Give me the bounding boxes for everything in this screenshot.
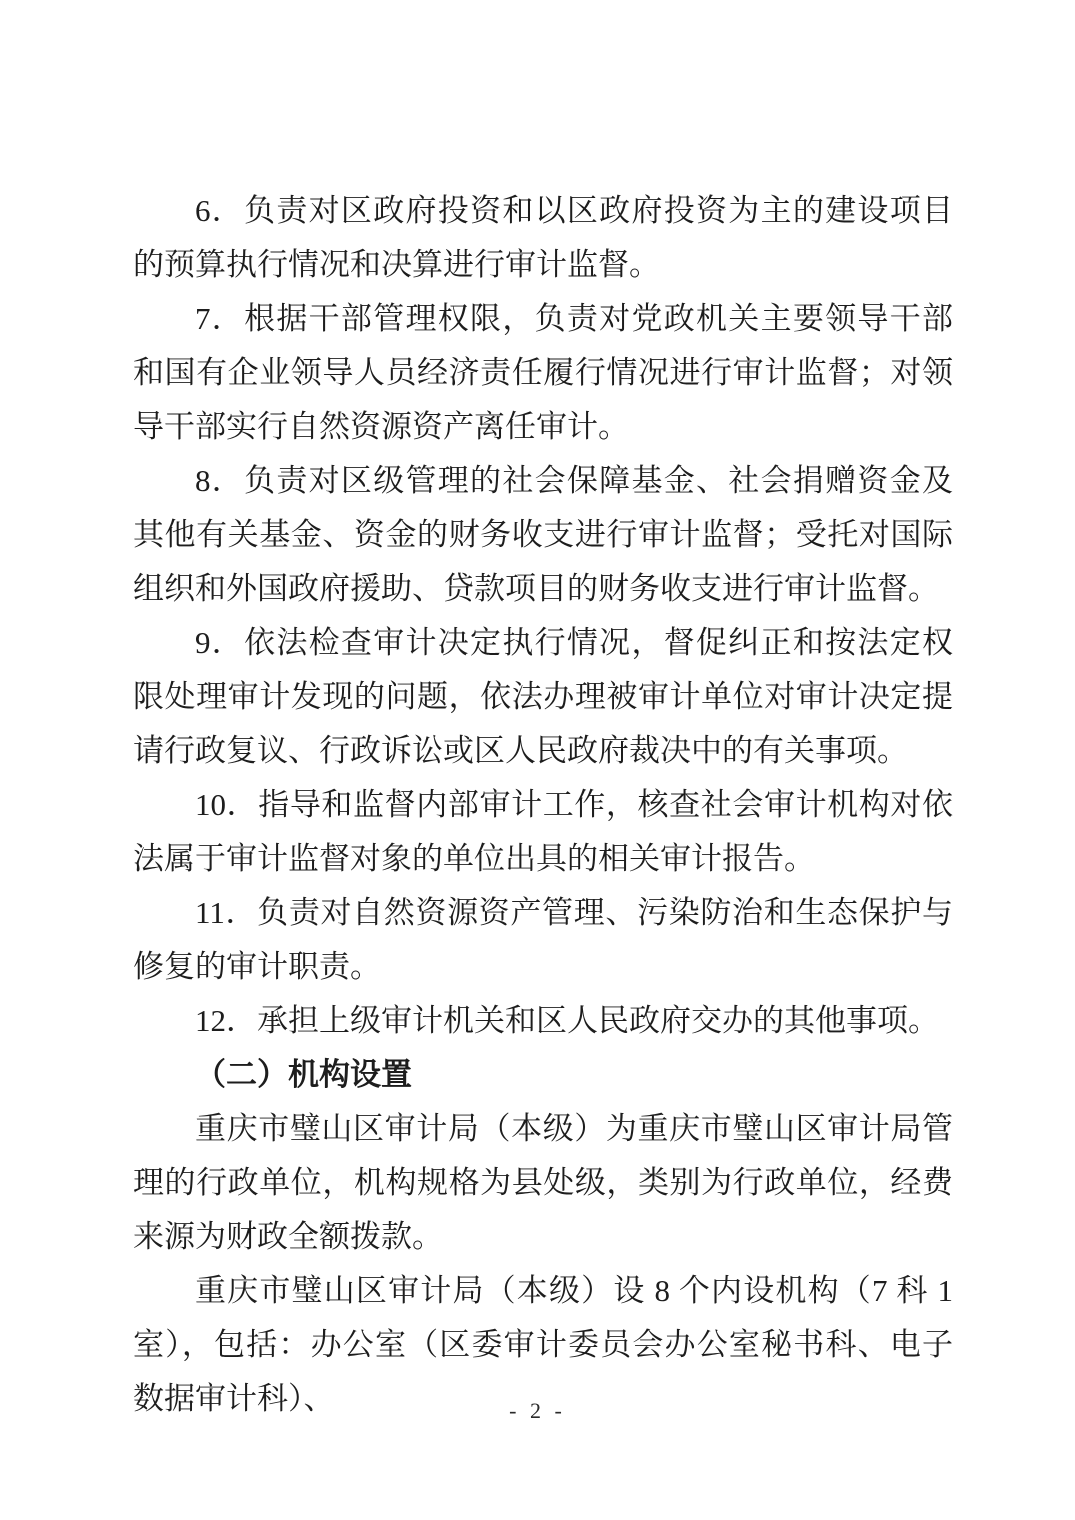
section-heading-org-setup: （二）机构设置 [133,1048,953,1102]
duty-item-6: 6．负责对区政府投资和以区政府投资为主的建设项目的预算执行情况和决算进行审计监督… [133,184,953,292]
duty-item-9: 9．依法检查审计决定执行情况，督促纠正和按法定权限处理审计发现的问题，依法办理被… [133,616,953,778]
duty-item-12: 12．承担上级审计机关和区人民政府交办的其他事项。 [133,994,953,1048]
org-nature-paragraph: 重庆市璧山区审计局（本级）为重庆市璧山区审计局管理的行政单位，机构规格为县处级，… [133,1102,953,1264]
duty-item-10: 10．指导和监督内部审计工作，核查社会审计机构对依法属于审计监督对象的单位出具的… [133,778,953,886]
duty-item-11: 11．负责对自然资源资产管理、污染防治和生态保护与修复的审计职责。 [133,886,953,994]
duty-item-7: 7．根据干部管理权限，负责对党政机关主要领导干部和国有企业领导人员经济责任履行情… [133,292,953,454]
page-number: - 2 - [0,1398,1075,1424]
document-body: 6．负责对区政府投资和以区政府投资为主的建设项目的预算执行情况和决算进行审计监督… [133,184,953,1426]
duty-item-8: 8．负责对区级管理的社会保障基金、社会捐赠资金及其他有关基金、资金的财务收支进行… [133,454,953,616]
document-page: 6．负责对区政府投资和以区政府投资为主的建设项目的预算执行情况和决算进行审计监督… [0,0,1075,1520]
